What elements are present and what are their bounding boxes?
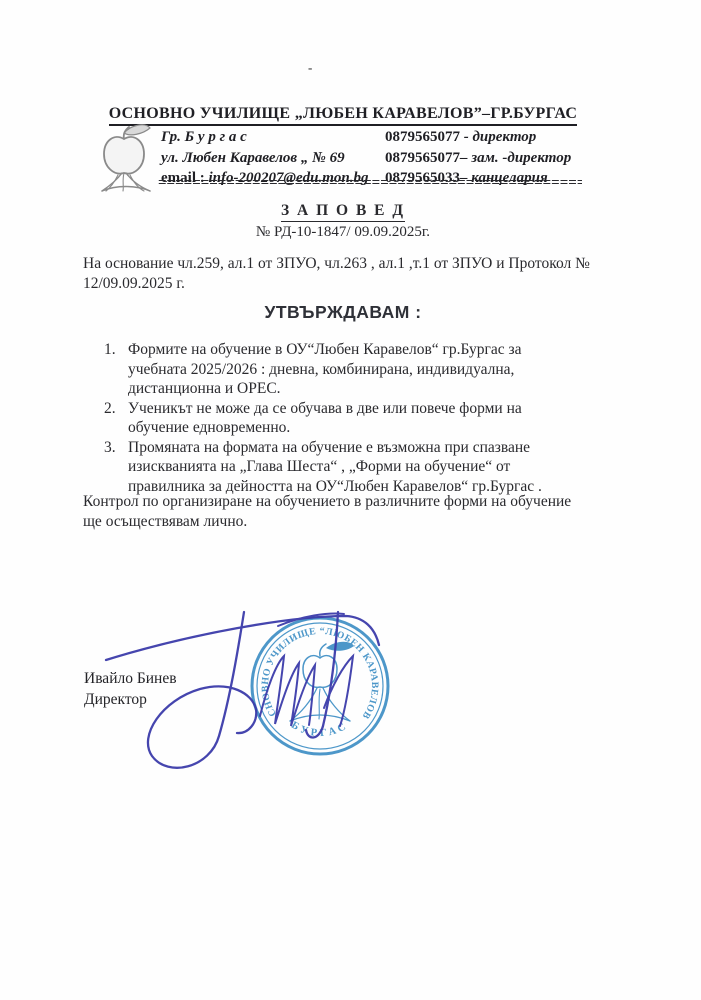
scan-artifact-dash: - <box>308 60 312 76</box>
order-title: З А П О В Е Д <box>83 202 603 222</box>
phone-line: 0879565077– зам. -директор <box>385 148 571 169</box>
list-item: 1. Формите на обучение в ОУ“Любен Караве… <box>104 340 578 399</box>
letterhead-divider: ========================================… <box>158 175 582 195</box>
school-logo-apple-icon <box>94 120 158 196</box>
phone-line: 0879565077 - директор <box>385 127 571 148</box>
item-text: Промяната на формата на обучение е възмо… <box>128 438 578 497</box>
letterhead-city: Гр. Б у р г а с <box>161 127 368 148</box>
item-number: 1. <box>104 340 128 399</box>
list-item: 2. Ученикът не може да се обучава в две … <box>104 399 578 438</box>
school-name-text: ОСНОВНО УЧИЛИЩЕ „ЛЮБЕН КАРАВЕЛОВ”–ГР.БУР… <box>109 105 578 126</box>
phone-number: 0879565077 <box>385 150 460 166</box>
document-page: - ОСНОВНО УЧИЛИЩЕ „ЛЮБЕН КАРАВЕЛОВ”–ГР.Б… <box>0 0 701 1000</box>
list-item: 3. Промяната на формата на обучение е въ… <box>104 438 578 497</box>
letterhead-address: ул. Любен Каравелов „ № 69 <box>161 148 368 169</box>
phone-role: – зам. -директор <box>460 150 571 166</box>
order-number: № РД-10-1847/ 09.09.2025г. <box>83 224 603 241</box>
stamp-and-signature-layer: ОСНОВНО УЧИЛИЩЕ “ЛЮБЕН КАРАВЕЛОВ” БУРГАС <box>80 588 420 800</box>
item-text: Ученикът не може да се обучава в две или… <box>128 399 578 438</box>
control-paragraph: Контрол по организиране на обучението в … <box>83 492 591 531</box>
phone-role: - директор <box>460 129 536 145</box>
approve-heading: УТВЪРЖДАВАМ : <box>83 302 603 323</box>
letterhead-school-name: ОСНОВНО УЧИЛИЩЕ „ЛЮБЕН КАРАВЕЛОВ”–ГР.БУР… <box>83 105 603 126</box>
item-number: 2. <box>104 399 128 438</box>
order-title-text: З А П О В Е Д <box>281 202 405 222</box>
order-items-list: 1. Формите на обучение в ОУ“Любен Караве… <box>104 340 578 496</box>
item-number: 3. <box>104 438 128 497</box>
phone-number: 0879565077 <box>385 129 460 145</box>
item-text: Формите на обучение в ОУ“Любен Каравелов… <box>128 340 578 399</box>
order-basis-paragraph: На основание чл.259, ал.1 от ЗПУО, чл.26… <box>83 254 591 293</box>
